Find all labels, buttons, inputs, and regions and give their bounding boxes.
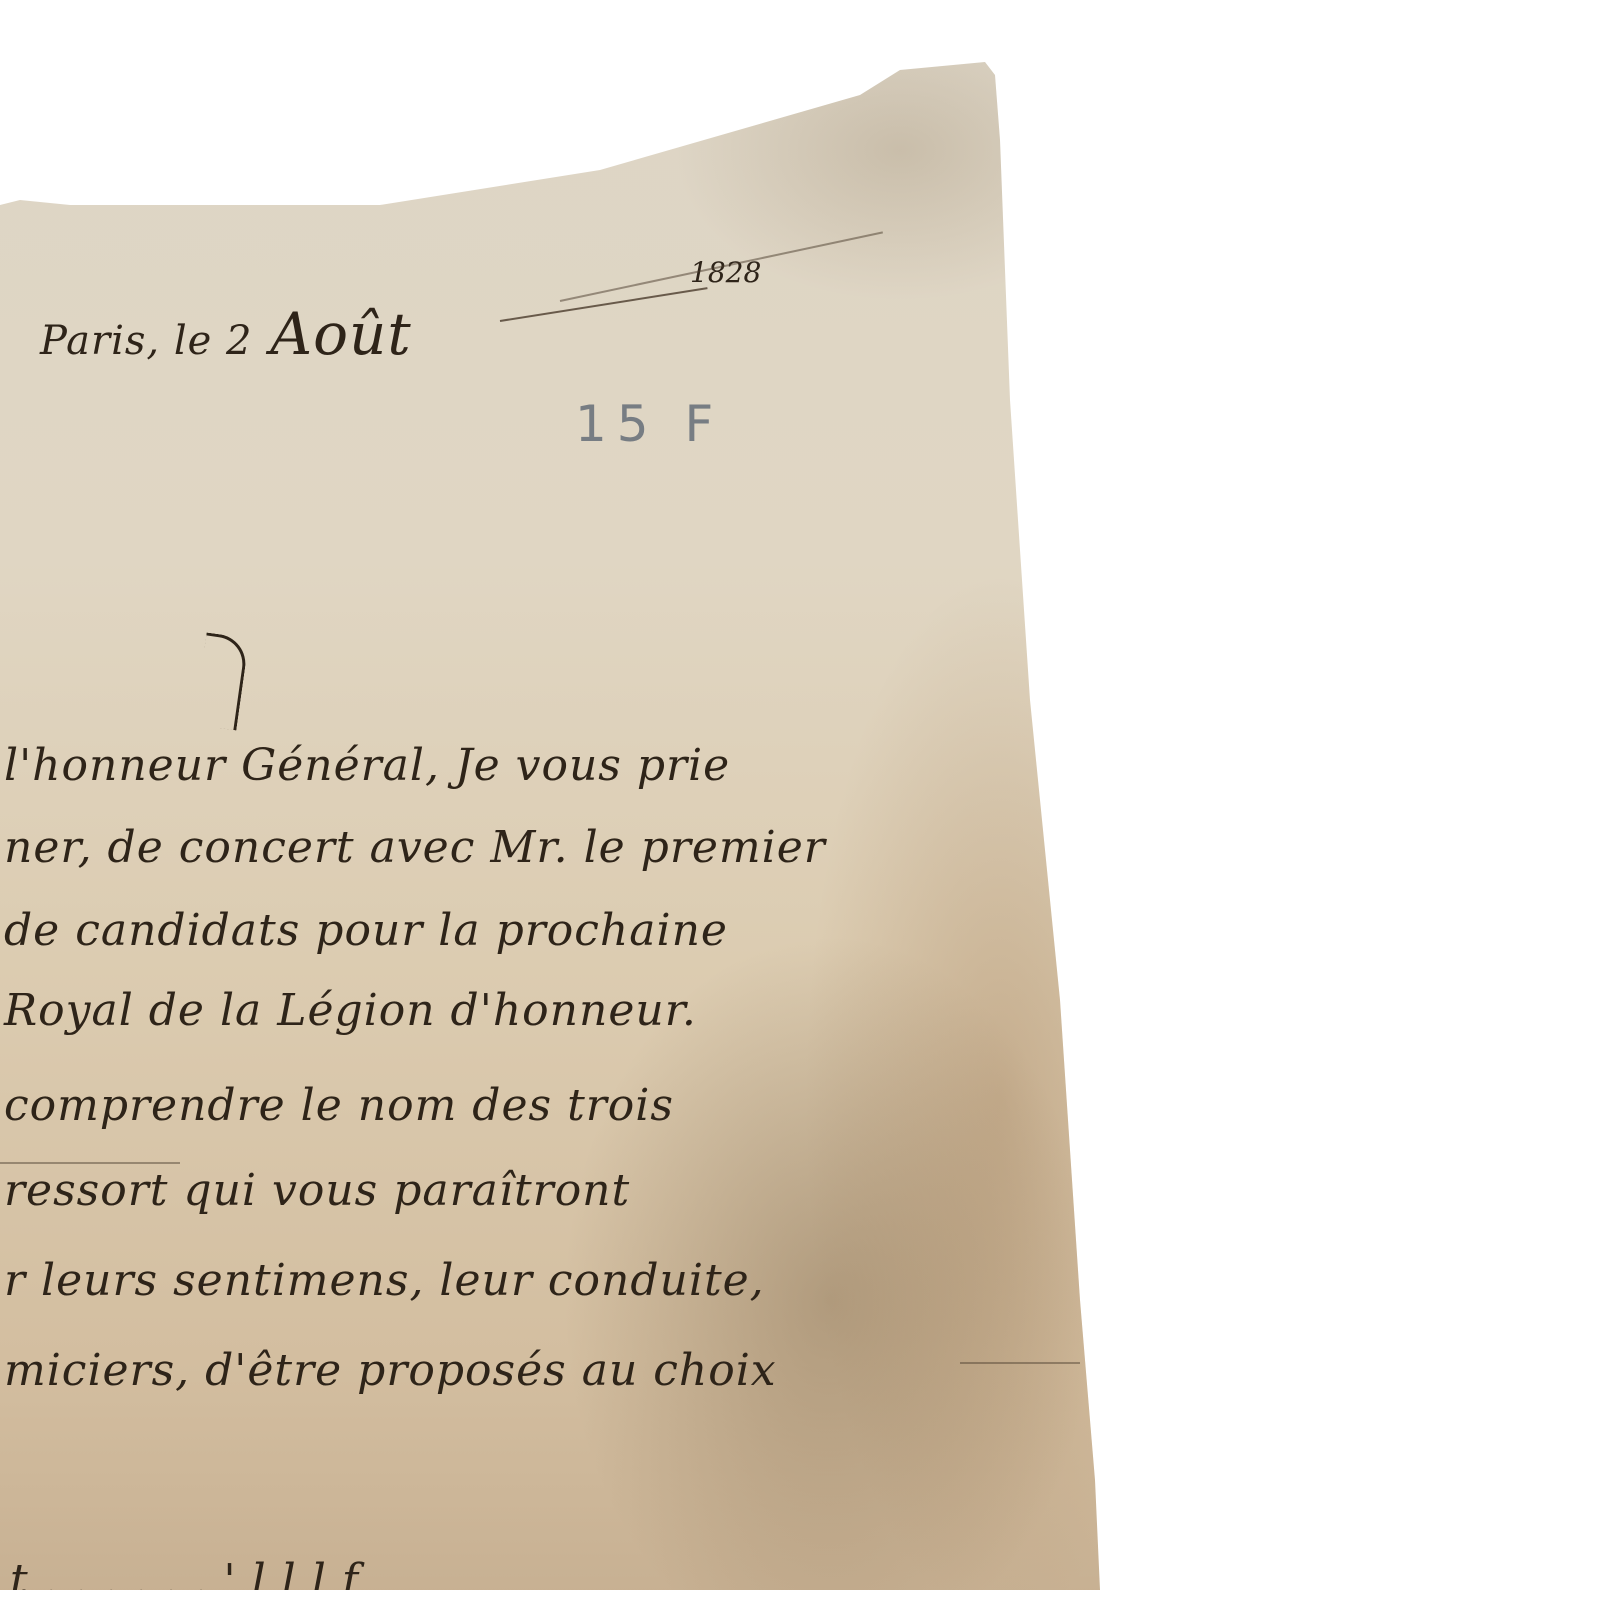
salutation-flourish [194,632,250,730]
pencil-annotation: 15 F [575,395,723,453]
body-line-4: Royal de la Légion d'honneur. [4,985,697,1036]
body-line-8: miciers, d'être proposés au choix [4,1345,777,1396]
margin-rule-left [0,1162,180,1164]
body-line-6: ressort qui vous paraîtront [4,1165,630,1216]
body-line-1: l'honneur Général, Je vous prie [4,740,730,791]
dateline-day: 2 [226,318,252,364]
bottom-fragment: t . . . . . . ' l l l f [10,1555,359,1600]
body-line-3: de candidats pour la prochaine [4,905,728,956]
dateline-place: Paris, le [40,318,212,364]
letter-paper: Paris, le 2 Août 1828 15 F l'honneur Gén… [0,0,1600,1600]
dateline: Paris, le 2 Août [40,300,416,368]
body-line-7: r leurs sentimens, leur conduite, [4,1255,765,1306]
dateline-month: Août [270,300,411,368]
dateline-rule-upper [560,231,883,302]
margin-rule-right [960,1362,1080,1364]
photo-stage: Paris, le 2 Août 1828 15 F l'honneur Gén… [0,0,1600,1600]
body-line-2: ner, de concert avec Mr. le premier [4,822,826,873]
body-line-5: comprendre le nom des trois [4,1080,674,1131]
